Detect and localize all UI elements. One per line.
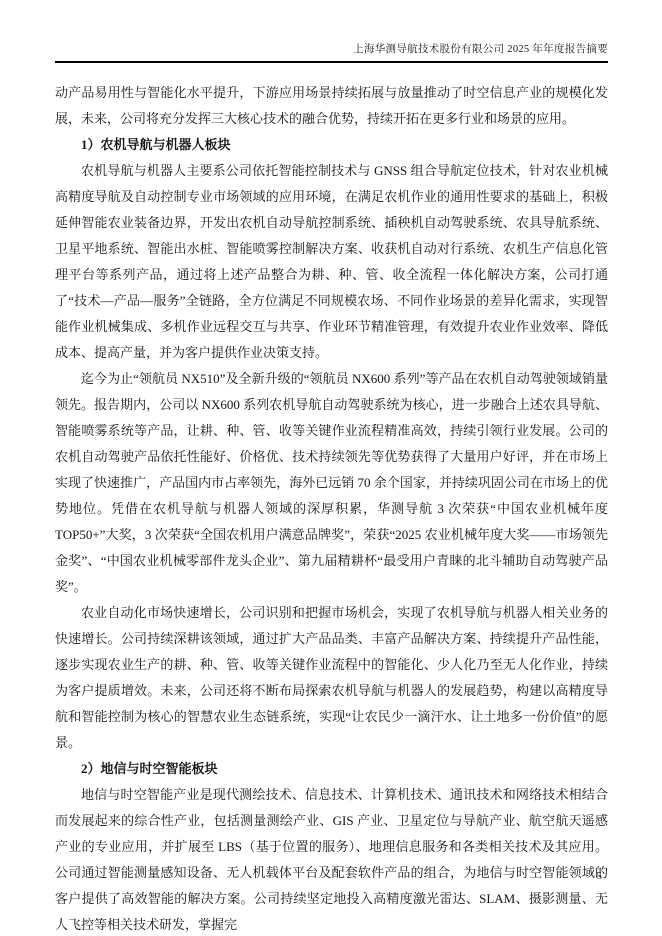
intro-paragraph: 动产品易用性与智能化水平提升，下游应用场景持续拓展与放量推动了时空信息产业的规模… bbox=[55, 80, 608, 132]
header-divider bbox=[55, 61, 608, 63]
section-1-heading: 1）农机导航与机器人板块 bbox=[55, 132, 608, 158]
document-body: 动产品易用性与智能化水平提升，下游应用场景持续拓展与放量推动了时空信息产业的规模… bbox=[55, 80, 608, 936]
section-2-paragraph-1: 地信与时空智能产业是现代测绘技术、信息技术、计算机技术、通讯技术和网络技术相结合… bbox=[55, 782, 608, 936]
section-1-paragraph-1: 农机导航与机器人主要系公司依托智能控制技术与 GNSS 组合导航定位技术，针对农… bbox=[55, 158, 608, 366]
section-2-heading: 2）地信与时空智能板块 bbox=[55, 756, 608, 782]
page-number: 5 bbox=[597, 870, 603, 882]
section-1-paragraph-3: 农业自动化市场快速增长，公司识别和把握市场机会，实现了农机导航与机器人相关业务的… bbox=[55, 600, 608, 756]
report-page: 上海华测导航技术股份有限公司 2025 年年度报告摘要 动产品易用性与智能化水平… bbox=[0, 0, 662, 936]
section-1-paragraph-2: 迄今为止“领航员 NX510”及全新升级的“领航员 NX600 系列”等产品在农… bbox=[55, 366, 608, 600]
running-header: 上海华测导航技术股份有限公司 2025 年年度报告摘要 bbox=[55, 42, 608, 57]
